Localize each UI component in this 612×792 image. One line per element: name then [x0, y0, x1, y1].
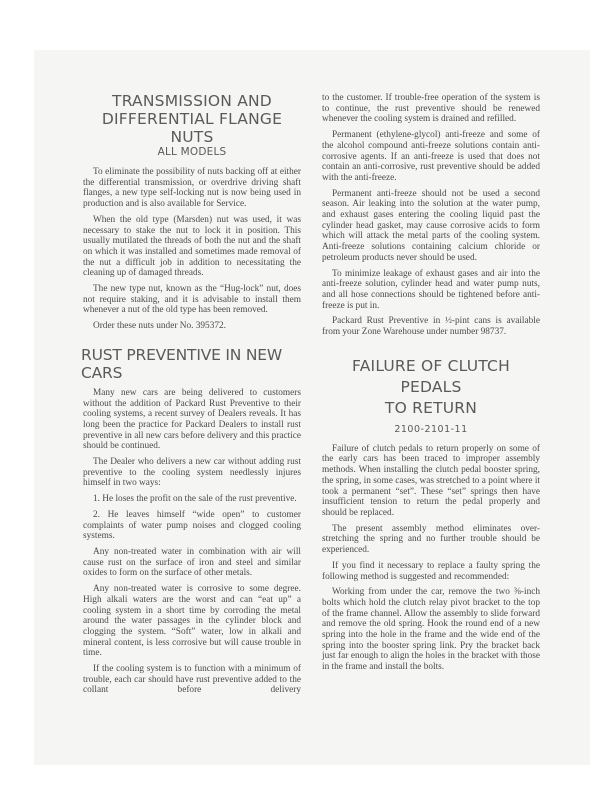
- paragraph: If you find it necessary to replace a fa…: [322, 561, 540, 582]
- paragraph: The present assembly method eliminates o…: [322, 524, 540, 556]
- list-item: 2. He leaves himself “wide open” to cust…: [83, 510, 301, 542]
- paragraph: When the old type (Marsden) nut was used…: [83, 215, 301, 279]
- paragraph: Permanent (ethylene-glycol) anti-freeze …: [322, 130, 540, 184]
- paragraph: To eliminate the possibility of nuts bac…: [83, 167, 301, 210]
- article-transmission-flange-nuts: TRANSMISSION AND DIFFERENTIAL FLANGE NUT…: [83, 92, 301, 332]
- paragraph: If the cooling system is to function wit…: [83, 664, 301, 696]
- paragraph: The new type nut, known as the “Hug-lock…: [83, 284, 301, 316]
- article-title-line-2: TO RETURN: [322, 398, 540, 419]
- paragraph: Working from under the car, remove the t…: [322, 587, 540, 673]
- article-title-line-1: TRANSMISSION AND: [83, 92, 301, 110]
- paragraph: Any non-treated water is corrosive to so…: [83, 584, 301, 659]
- list-item: 1. He loses the profit on the sale of th…: [83, 494, 301, 505]
- article-title-line-1: FAILURE OF CLUTCH PEDALS: [322, 356, 540, 398]
- paragraph: Any non-treated water in combination wit…: [83, 547, 301, 579]
- paragraph: Permanent anti-freeze should not be used…: [322, 189, 540, 264]
- paragraph: The Dealer who delivers a new car withou…: [83, 457, 301, 489]
- article-title: RUST PREVENTIVE IN NEW CARS: [81, 346, 301, 382]
- part-number-note: Order these nuts under No. 395372.: [83, 321, 301, 332]
- article-clutch-pedals: FAILURE OF CLUTCH PEDALS TO RETURN 2100-…: [322, 356, 540, 673]
- paragraph: Many new cars are being delivered to cus…: [83, 388, 301, 452]
- model-numbers: 2100-2101-11: [322, 424, 540, 436]
- paragraph: Packard Rust Preventive in ½-pint cans i…: [322, 316, 540, 337]
- right-column: to the customer. If trouble-free operati…: [322, 93, 540, 678]
- paragraph: To minimize leakage of exhaust gases and…: [322, 269, 540, 312]
- article-rust-preventive-continued: to the customer. If trouble-free operati…: [322, 93, 540, 338]
- left-column: TRANSMISSION AND DIFFERENTIAL FLANGE NUT…: [83, 92, 301, 701]
- paragraph: Failure of clutch pedals to return prope…: [322, 444, 540, 519]
- article-rust-preventive: RUST PREVENTIVE IN NEW CARS Many new car…: [83, 346, 301, 696]
- article-subtitle: ALL MODELS: [83, 146, 301, 159]
- article-title-line-2: DIFFERENTIAL FLANGE NUTS: [83, 110, 301, 146]
- paragraph: to the customer. If trouble-free operati…: [322, 93, 540, 125]
